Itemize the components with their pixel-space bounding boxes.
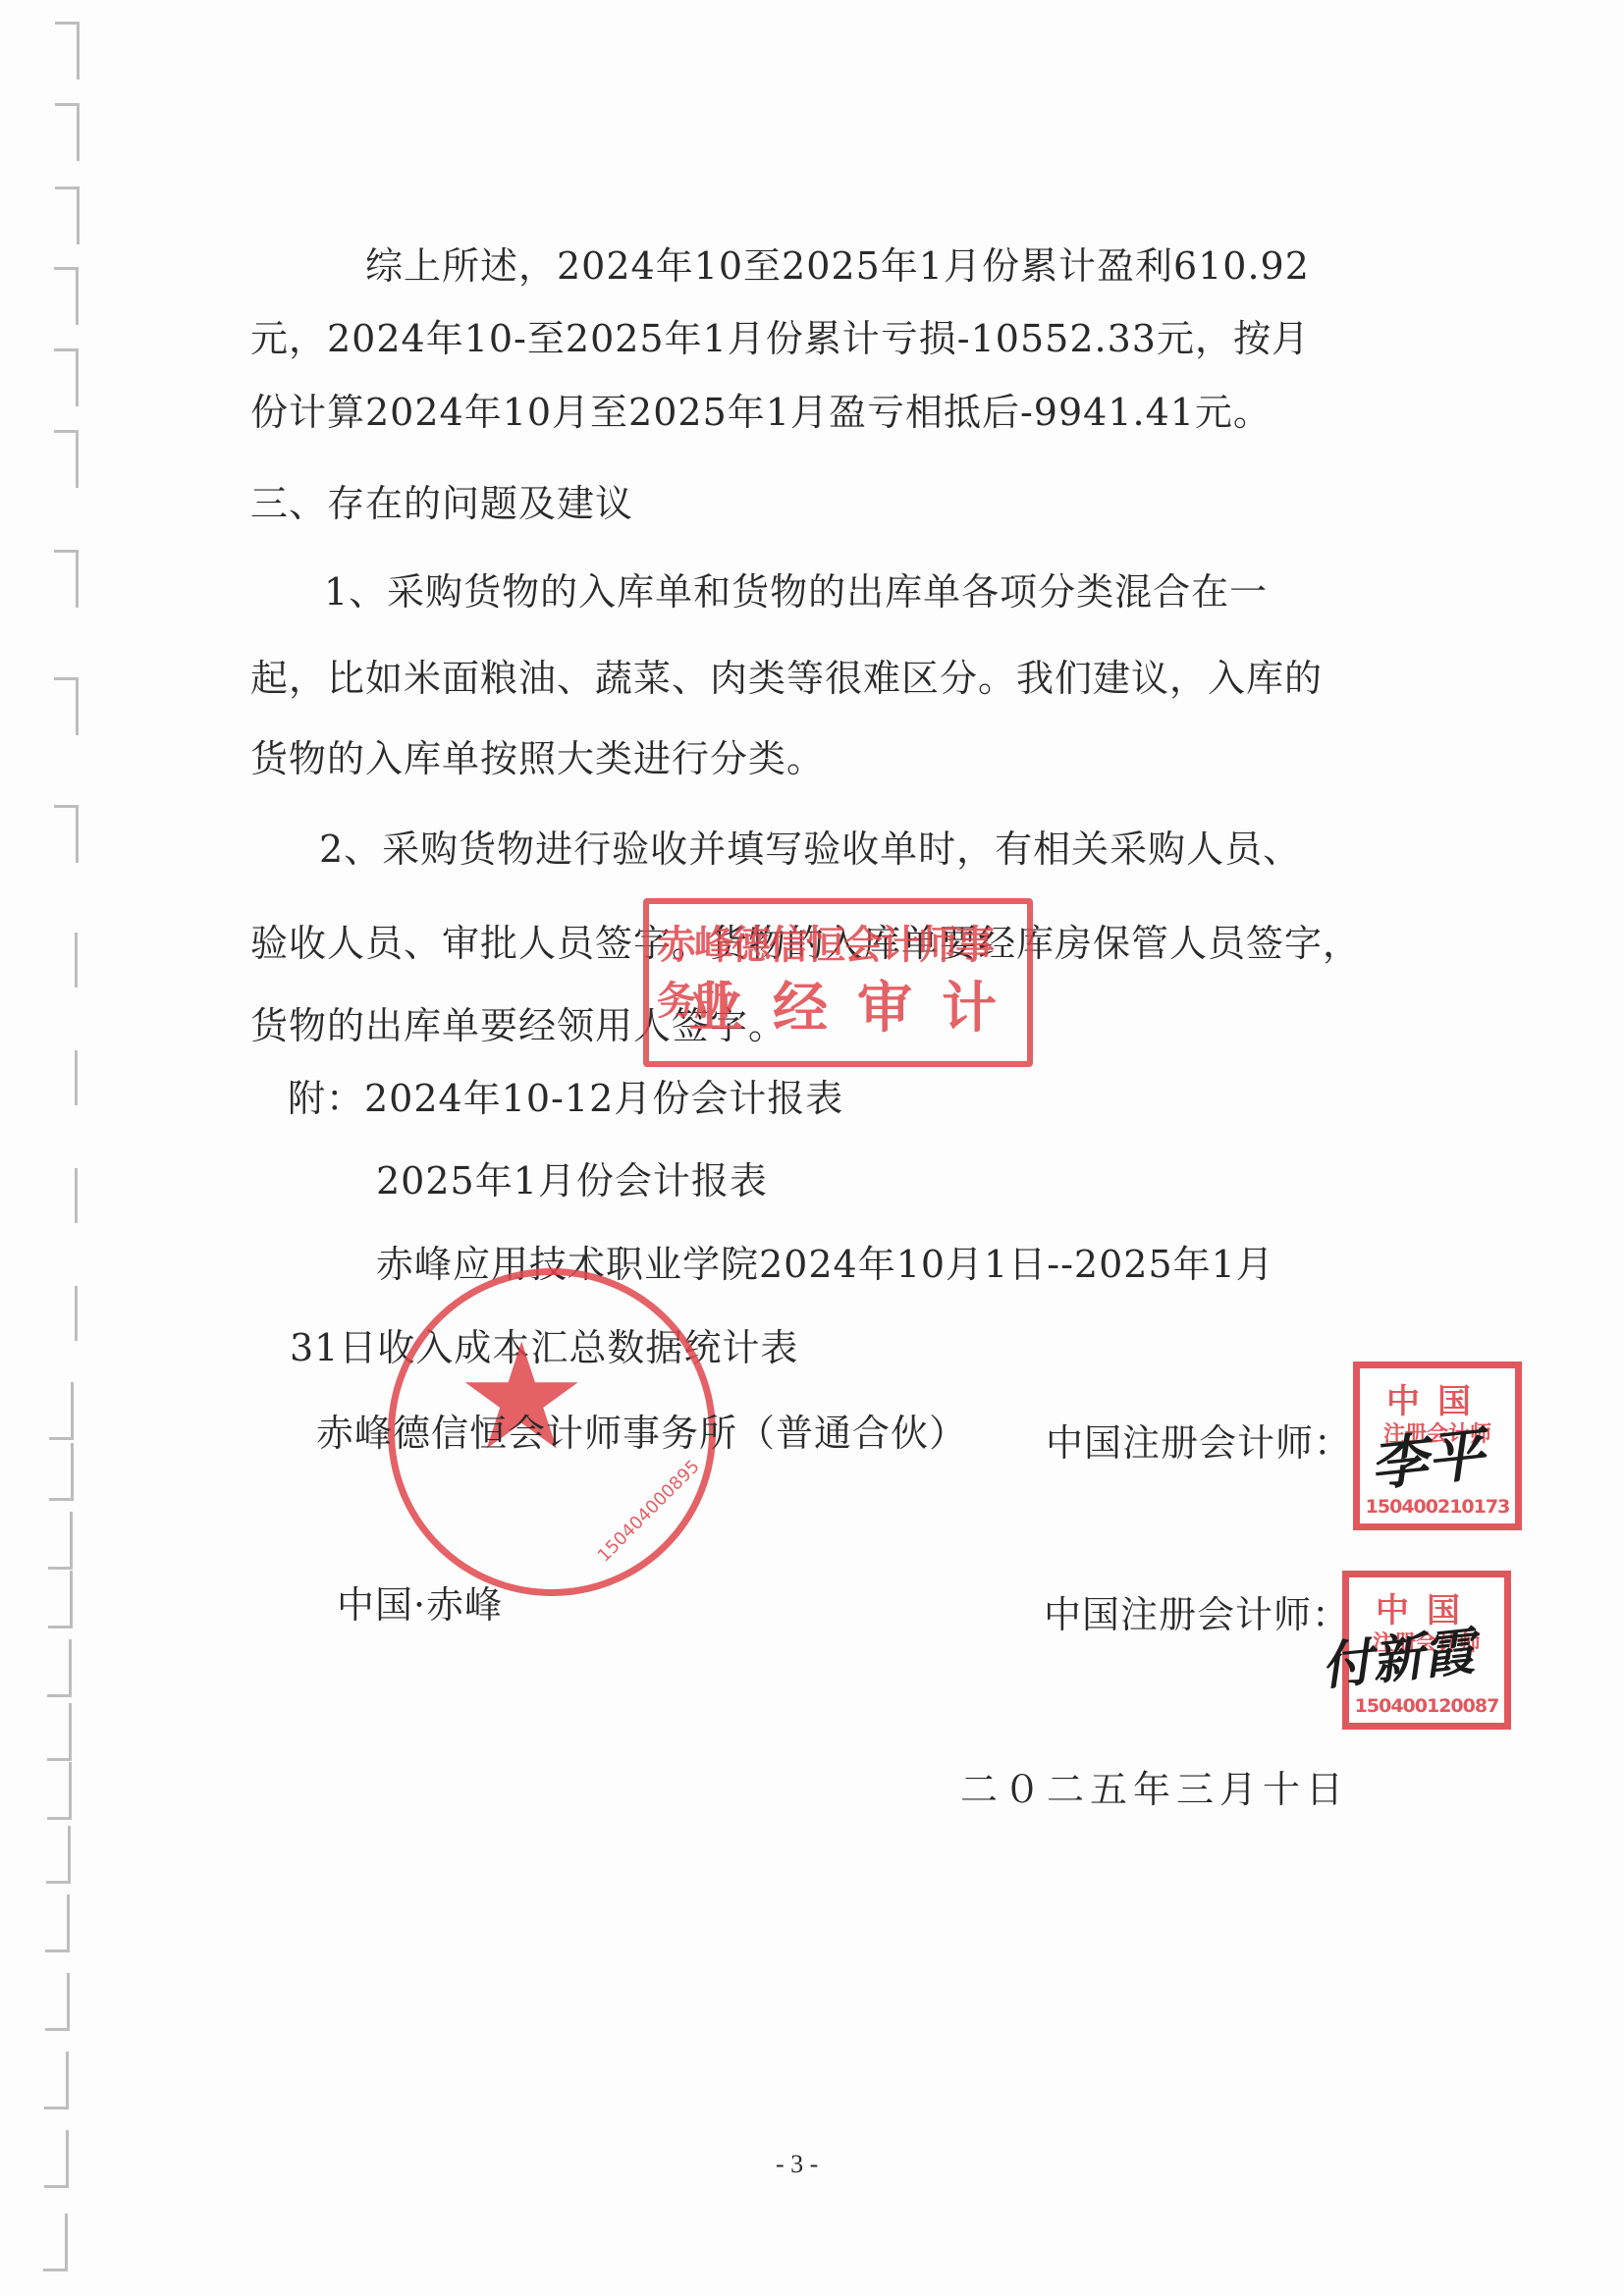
binding-mark	[55, 103, 80, 161]
binding-mark	[48, 1571, 73, 1629]
page-number: - 3 -	[776, 2150, 818, 2179]
binding-mark	[54, 677, 79, 735]
binding-mark	[49, 1382, 74, 1440]
binding-mark	[54, 550, 79, 608]
audit-stamp-audited: 业经审计	[688, 965, 1026, 1043]
binding-mark	[53, 1050, 78, 1105]
firm-seal-number: 150404000895	[594, 1456, 704, 1566]
issue1-line-3: 货物的入库单按照大类进行分类。	[250, 736, 825, 781]
binding-mark	[46, 1826, 71, 1884]
section-heading: 三、存在的问题及建议	[250, 481, 633, 526]
issue2-line-1: 2、采购货物进行验收并填写验收单时，有相关采购人员、	[319, 827, 1301, 872]
binding-mark	[55, 187, 80, 244]
firm-location: 中国·赤峰	[337, 1582, 503, 1628]
binding-mark	[47, 1639, 72, 1697]
binding-mark	[47, 1703, 72, 1761]
binding-mark	[45, 1973, 70, 2031]
binding-mark	[45, 1895, 70, 1952]
binding-mark	[44, 2052, 69, 2109]
binding-mark	[53, 933, 78, 988]
summary-line-3: 份计算2024年10月至2025年1月盈亏相抵后-9941.41元。	[250, 390, 1272, 435]
cpa-seal-2-number: 150400120087	[1349, 1695, 1504, 1717]
binding-mark	[54, 267, 79, 325]
document-page: 综上所述，2024年10至2025年1月份累计盈利610.92 元，2024年1…	[0, 0, 1624, 2296]
binding-mark	[49, 1443, 74, 1501]
report-date: 二０二五年三月十日	[960, 1767, 1349, 1812]
binding-mark	[55, 22, 80, 80]
audit-stamp: 赤峰德信恒会计师事务所 业经审计	[643, 898, 1033, 1067]
cpa-label-2: 中国注册会计师：	[1044, 1592, 1350, 1637]
binding-mark	[44, 2130, 69, 2188]
binding-mark	[43, 2214, 68, 2271]
binding-mark	[54, 348, 79, 406]
binding-mark	[47, 1762, 72, 1820]
binding-mark	[54, 805, 79, 863]
firm-name: 赤峰德信恒会计师事务所（普通合伙）	[316, 1411, 967, 1456]
attachment-line-1: 附：2024年10-12月份会计报表	[288, 1076, 843, 1121]
cpa-signature-1: 李平	[1366, 1408, 1488, 1502]
summary-line-1: 综上所述，2024年10至2025年1月份累计盈利610.92	[365, 243, 1310, 289]
issue1-line-2: 起，比如米面粮油、蔬菜、肉类等很难区分。我们建议，入库的	[250, 656, 1323, 701]
binding-mark	[53, 1168, 78, 1223]
attachment-line-2: 2025年1月份会计报表	[376, 1158, 768, 1203]
issue1-line-1: 1、采购货物的入库单和货物的出库单各项分类混合在一	[324, 569, 1268, 614]
binding-mark	[48, 1512, 73, 1570]
binding-mark	[54, 430, 79, 488]
summary-line-2: 元，2024年10-至2025年1月份累计亏损-10552.33元，按月	[250, 316, 1310, 361]
cpa-label-1: 中国注册会计师：	[1046, 1420, 1352, 1466]
binding-mark	[53, 1286, 78, 1341]
